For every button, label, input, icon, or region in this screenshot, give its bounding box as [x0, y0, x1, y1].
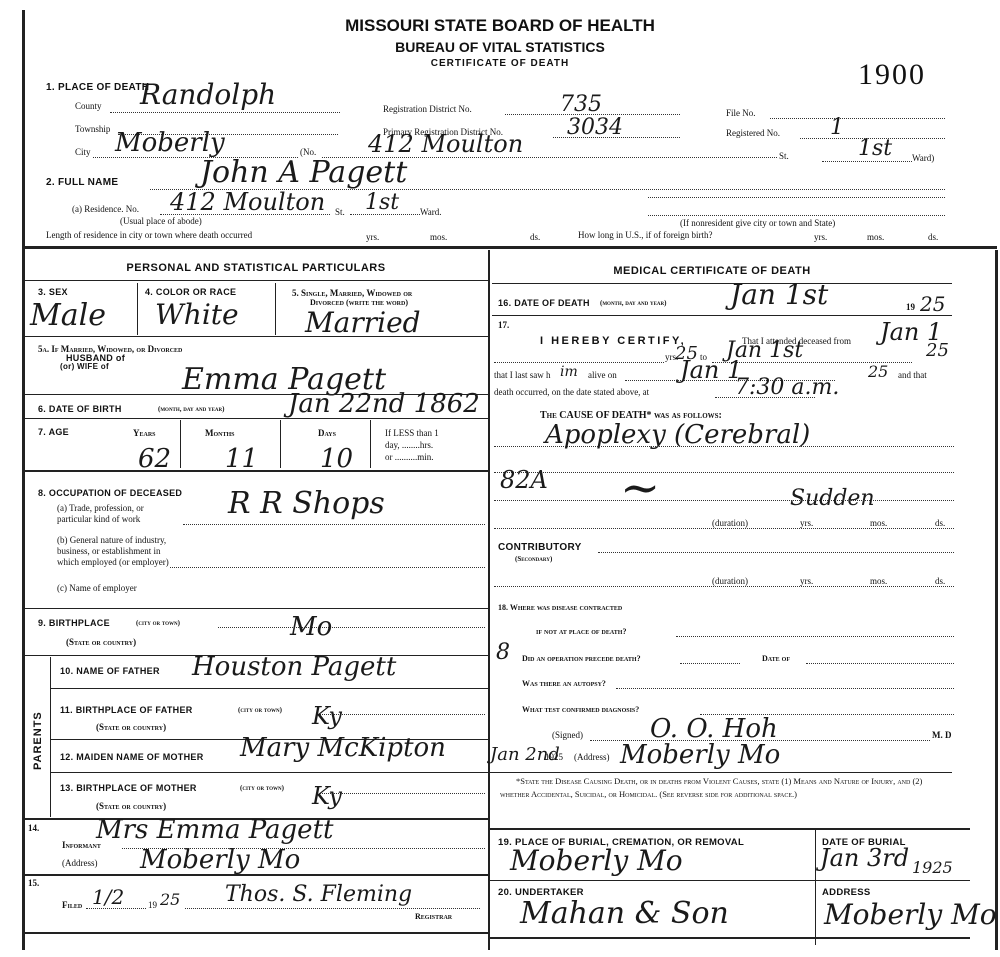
footnote-text: *State the Disease Causing Death, or in …: [500, 775, 950, 801]
registered-no-value[interactable]: 1: [830, 115, 844, 140]
filed-year-value[interactable]: 25: [160, 890, 180, 909]
father-birthplace-label: 11. BIRTHPLACE OF FATHER: [60, 705, 193, 715]
alive-label: alive on: [588, 370, 617, 380]
physician-address-label: (Address): [574, 752, 610, 762]
medical-section-title: MEDICAL CERTIFICATE OF DEATH: [492, 265, 932, 277]
undertaker-value[interactable]: Mahan & Son: [520, 896, 729, 931]
reg-district-label: Registration District No.: [383, 104, 472, 114]
occ-a-label-2: particular kind of work: [57, 514, 140, 524]
birthplace-label: 9. BIRTHPLACE: [38, 618, 110, 628]
reg-district-value[interactable]: 735: [560, 92, 602, 117]
last-saw-value[interactable]: im: [560, 364, 578, 380]
bureau-title: BUREAU OF VITAL STATISTICS: [0, 39, 1000, 55]
occ-c-label: (c) Name of employer: [57, 583, 137, 593]
date-of-label: Date of: [762, 654, 790, 663]
certify-text: I HEREBY CERTIFY,: [540, 335, 686, 347]
marital-value[interactable]: Married: [305, 306, 421, 339]
secondary-label: (Secondary): [515, 555, 552, 563]
last-saw-label: that I last saw h: [494, 370, 551, 380]
and-that-label: and that: [898, 370, 927, 380]
yrs-label: yrs.: [366, 232, 379, 242]
father-birthplace-value[interactable]: Ky: [312, 702, 342, 730]
filed-number: 15.: [28, 878, 39, 888]
filed-year-prefix: 19: [148, 900, 157, 910]
place-of-death-label: 1. PLACE OF DEATH: [46, 82, 149, 93]
burial-year-value[interactable]: 1925: [912, 858, 953, 877]
dod-label: 16. DATE OF DEATH: [498, 298, 590, 308]
county-value[interactable]: Randolph: [140, 78, 276, 111]
nonresident-note: (If nonresident give city or town and St…: [680, 218, 835, 228]
ds-label: ds.: [530, 232, 540, 242]
ward-label: Ward): [912, 153, 934, 163]
where-contracted-label: 18. Where was disease contracted: [498, 603, 622, 612]
signed-label: (Signed): [552, 730, 583, 740]
column-divider: [488, 250, 490, 950]
marital-label: 5. Single, Married, Widowed or: [292, 288, 412, 298]
full-name-value[interactable]: John A Pagett: [200, 155, 407, 190]
cause-code-value[interactable]: 82A: [500, 466, 548, 494]
less-than-day-label: If LESS than 1: [385, 428, 439, 438]
personal-section-title: PERSONAL AND STATISTICAL PARTICULARS: [24, 262, 488, 274]
registered-no-label: Registered No.: [726, 128, 780, 138]
township-label: Township: [75, 124, 110, 134]
father-bp-state-label: (State or country): [96, 722, 166, 732]
hrs-label: day, ........hrs.: [385, 440, 433, 450]
occurred-label: death occurred, on the date stated above…: [494, 387, 649, 397]
full-name-label: 2. FULL NAME: [46, 177, 118, 188]
ward-value[interactable]: 1st: [858, 136, 892, 161]
usual-place-label: (Usual place of abode): [120, 216, 202, 226]
mos-label: mos.: [430, 232, 447, 242]
city-label: City: [75, 147, 91, 157]
duration-mos-2: mos.: [870, 576, 887, 586]
race-label: 4. COLOR OR RACE: [145, 287, 236, 297]
residence-label: (a) Residence. No.: [72, 204, 139, 214]
dob-sublabel: (month, day and year): [158, 405, 224, 413]
duration-label-1: (duration): [712, 518, 748, 528]
foreign-birth-label: How long in U.S., if of foreign birth?: [578, 230, 712, 240]
header-divider: [22, 246, 997, 249]
informant-value[interactable]: Mrs Emma Pagett: [96, 815, 333, 845]
years-label: Years: [133, 428, 156, 438]
dod-value[interactable]: Jan 1st: [730, 278, 828, 311]
file-no-label: File No.: [726, 108, 756, 118]
father-name-value[interactable]: Houston Pagett: [192, 652, 396, 682]
contributory-label: CONTRIBUTORY: [498, 542, 582, 553]
dod-sublabel: (month, day and year): [600, 299, 666, 307]
form-name: CERTIFICATE OF DEATH: [0, 58, 1000, 69]
occupation-label: 8. OCCUPATION OF DECEASED: [38, 488, 182, 498]
residence-st-label: St.: [335, 207, 345, 217]
primary-reg-value[interactable]: 3034: [567, 115, 623, 140]
cause-doctor-initials: ~: [620, 460, 660, 516]
days-label: Days: [318, 428, 336, 438]
dod-year-prefix: 19: [906, 302, 915, 312]
undertaker-address-value[interactable]: Moberly Mo: [824, 898, 997, 931]
father-bp-sublabel: (city or town): [238, 706, 282, 714]
duration-label-2: (duration): [712, 576, 748, 586]
undertaker-address-label: ADDRESS: [822, 887, 871, 898]
certificate-title: MISSOURI STATE BOARD OF HEALTH: [0, 16, 1000, 36]
age-label: 7. AGE: [38, 427, 69, 437]
mother-birthplace-value[interactable]: Ky: [312, 782, 342, 810]
filed-label: Filed: [62, 900, 82, 910]
informant-address-value[interactable]: Moberly Mo: [140, 845, 300, 875]
operation-label: Did an operation precede death?: [522, 654, 641, 663]
residence-value[interactable]: 412 Moulton: [170, 188, 325, 216]
duration-ds-1: ds.: [935, 518, 945, 528]
city-value[interactable]: Moberly: [115, 128, 225, 158]
filed-date-value[interactable]: 1/2: [92, 885, 124, 909]
margin-mark: 8: [496, 640, 510, 665]
father-name-label: 10. NAME OF FATHER: [60, 666, 160, 676]
occ-b-label-3: which employed (or employer): [57, 557, 169, 567]
time-value[interactable]: 7:30 a.m.: [735, 375, 839, 400]
birthplace-state-label: (State or country): [66, 637, 136, 647]
registrar-label: Registrar: [415, 912, 452, 921]
autopsy-label: Was there an autopsy?: [522, 679, 606, 688]
mother-name-label: 12. MAIDEN NAME OF MOTHER: [60, 752, 204, 762]
foreign-ds-label: ds.: [928, 232, 938, 242]
months-label: Months: [205, 428, 235, 438]
registrar-signature[interactable]: Thos. S. Fleming: [225, 882, 412, 907]
informant-address-label: (Address): [62, 858, 98, 868]
occ-b-label-1: (b) General nature of industry,: [57, 535, 166, 545]
birthplace-sublabel: (city or town): [136, 619, 180, 627]
informant-number: 14.: [28, 823, 39, 833]
dod-year-value[interactable]: 25: [920, 292, 945, 316]
test-label: What test confirmed diagnosis?: [522, 705, 639, 714]
duration-yrs-2: yrs.: [800, 576, 813, 586]
cert-number: 17.: [498, 320, 509, 330]
race-value[interactable]: White: [155, 298, 239, 331]
alive-year-value[interactable]: 25: [868, 362, 888, 381]
if-not-place-label: if not at place of death?: [536, 627, 626, 636]
primary-reg-label: Primary Registration District No.: [383, 127, 503, 137]
residence-ward-value[interactable]: 1st: [365, 190, 399, 215]
stamp-number: 1900: [858, 58, 926, 92]
occ-b-label-2: business, or establishment in: [57, 546, 161, 556]
sign-year-value[interactable]: 1925: [545, 752, 563, 762]
duration-mos-1: mos.: [870, 518, 887, 528]
dob-label: 6. DATE OF BIRTH: [38, 404, 122, 414]
mother-birthplace-label: 13. BIRTHPLACE OF MOTHER: [60, 783, 197, 793]
spouse-label-3: (or) WIFE of: [60, 362, 109, 371]
foreign-yrs-label: yrs.: [814, 232, 827, 242]
min-label: or ..........min.: [385, 452, 434, 462]
duration-ds-2: ds.: [935, 576, 945, 586]
md-label: M. D: [932, 730, 952, 740]
length-residence-label: Length of residence in city or town wher…: [46, 230, 252, 240]
mother-name-value[interactable]: Mary McKipton: [240, 733, 446, 763]
occupation-value[interactable]: R R Shops: [228, 486, 385, 521]
parents-side-label: PARENTS: [32, 711, 44, 770]
physician-address-value[interactable]: Moberly Mo: [620, 740, 780, 770]
birthplace-value[interactable]: Mo: [290, 612, 332, 642]
left-border: [22, 10, 25, 950]
right-border: [995, 250, 998, 950]
sex-label: 3. SEX: [38, 287, 68, 297]
mother-bp-state-label: (State or country): [96, 801, 166, 811]
duration-yrs-1: yrs.: [800, 518, 813, 528]
sex-value[interactable]: Male: [30, 298, 106, 333]
residence-ward-label: Ward.: [420, 207, 442, 217]
mother-bp-sublabel: (city or town): [240, 784, 284, 792]
street-st-label: St.: [779, 151, 789, 161]
burial-place-value[interactable]: Moberly Mo: [510, 844, 683, 877]
alive-on-value[interactable]: Jan 1: [680, 356, 742, 384]
county-label: County: [75, 101, 102, 111]
burial-date-value[interactable]: Jan 3rd: [820, 844, 909, 872]
occ-a-label-1: (a) Trade, profession, or: [57, 503, 144, 513]
duration-sudden-value[interactable]: Sudden: [790, 486, 875, 511]
attended-to-year[interactable]: 25: [926, 340, 949, 361]
foreign-mos-label: mos.: [867, 232, 884, 242]
dob-value[interactable]: Jan 22nd 1862: [288, 389, 480, 419]
